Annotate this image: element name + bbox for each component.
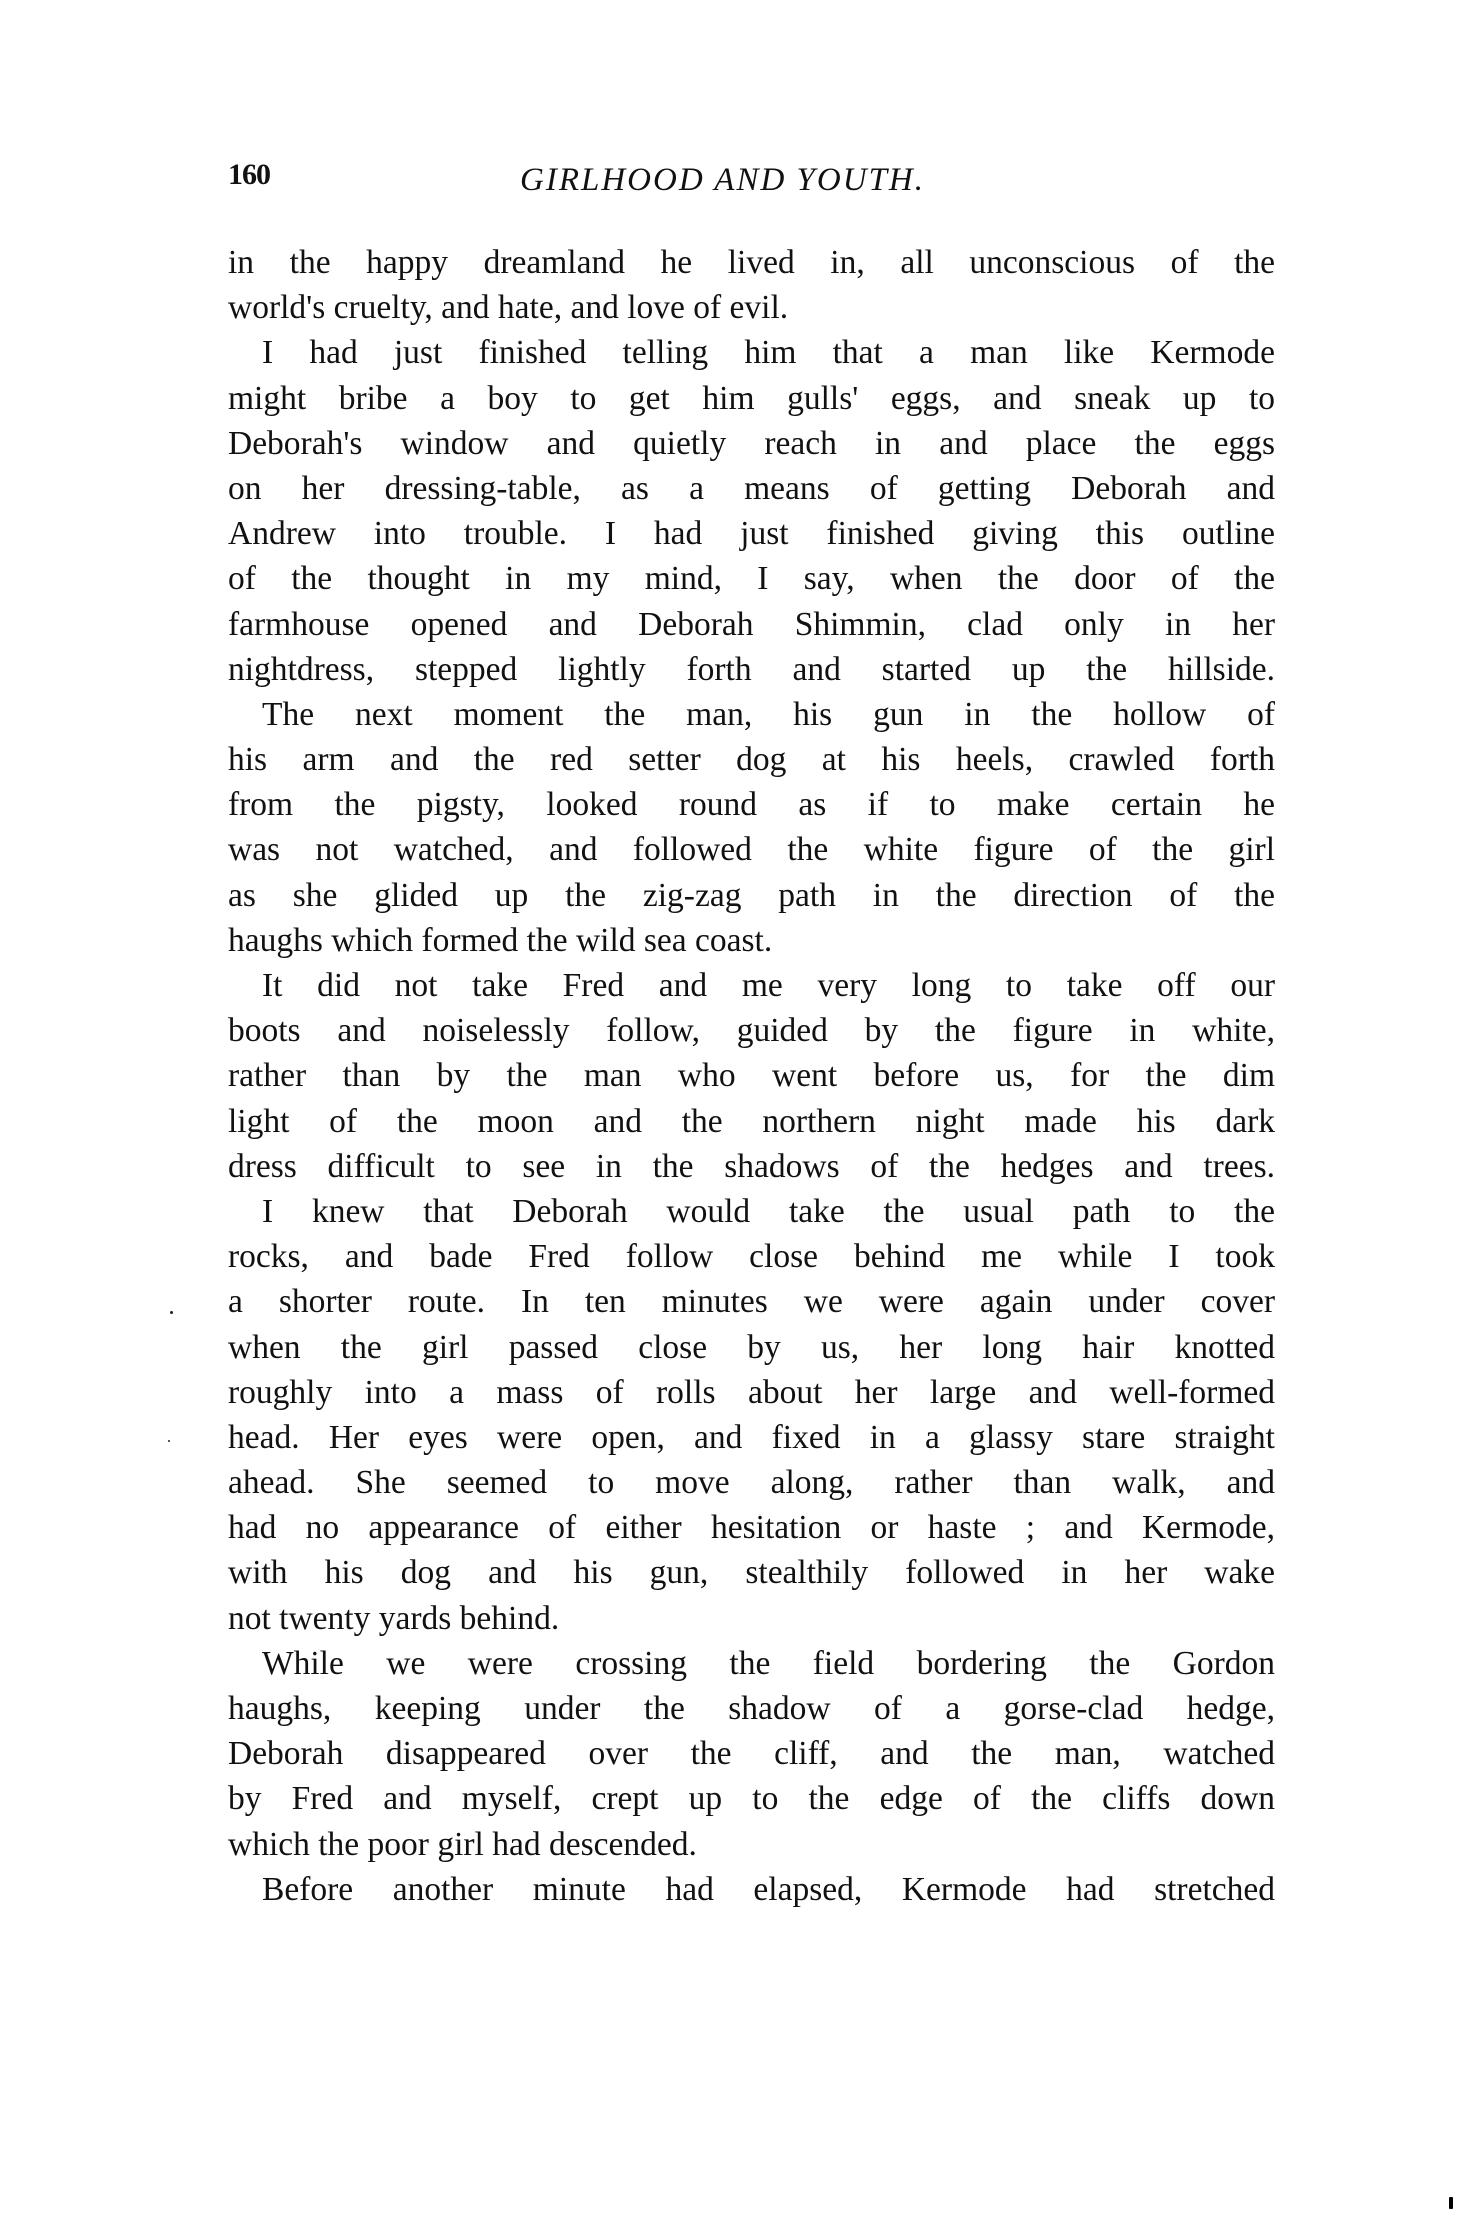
text-line: boots and noiselessly follow, guided by … [228,1008,1275,1053]
text-line: haughs, keeping under the shadow of a go… [228,1686,1275,1731]
text-line: Deborah disappeared over the cliff, and … [228,1731,1275,1776]
text-line: a shorter route. In ten minutes we were … [228,1279,1275,1324]
text-line: had no appearance of either hesitation o… [228,1505,1275,1550]
text-line: Deborah's window and quietly reach in an… [228,421,1275,466]
text-line: I had just finished telling him that a m… [228,330,1275,375]
text-line: nightdress, stepped lightly forth and st… [228,647,1275,692]
text-line: rather than by the man who went before u… [228,1053,1275,1098]
book-page: 160 GIRLHOOD AND YOUTH. in the happy dre… [0,0,1479,2225]
text-line: Before another minute had elapsed, Kermo… [228,1867,1275,1912]
paragraph: The next moment the man, his gun in the … [228,692,1275,963]
text-line: Andrew into trouble. I had just finished… [228,511,1275,556]
scan-speck [1449,2197,1453,2209]
paragraph: Before another minute had elapsed, Kermo… [228,1867,1275,1912]
text-line: as she glided up the zig-zag path in the… [228,873,1275,918]
text-line: in the happy dreamland he lived in, all … [228,240,1275,285]
text-line: light of the moon and the northern night… [228,1099,1275,1144]
text-line: The next moment the man, his gun in the … [228,692,1275,737]
text-line: I knew that Deborah would take the usual… [228,1189,1275,1234]
text-line: with his dog and his gun, stealthily fol… [228,1550,1275,1595]
text-line: While we were crossing the field borderi… [228,1641,1275,1686]
text-line: It did not take Fred and me very long to… [228,963,1275,1008]
text-line: world's cruelty, and hate, and love of e… [228,285,1275,330]
paragraph: I had just finished telling him that a m… [228,330,1275,692]
text-line: ahead. She seemed to move along, rather … [228,1460,1275,1505]
text-line: on her dressing-table, as a means of get… [228,466,1275,511]
running-title: GIRLHOOD AND YOUTH. [520,162,925,198]
text-line: farmhouse opened and Deborah Shimmin, cl… [228,602,1275,647]
text-line: by Fred and myself, crept up to the edge… [228,1776,1275,1821]
text-line: roughly into a mass of rolls about her l… [228,1370,1275,1415]
running-head: 160 GIRLHOOD AND YOUTH. [228,158,1275,208]
text-line: rocks, and bade Fred follow close behind… [228,1234,1275,1279]
text-line: might bribe a boy to get him gulls' eggs… [228,376,1275,421]
paragraph: While we were crossing the field borderi… [228,1641,1275,1867]
page-number: 160 [228,160,270,190]
text-line: head. Her eyes were open, and fixed in a… [228,1415,1275,1460]
text-line: dress difficult to see in the shadows of… [228,1144,1275,1189]
text-line: haughs which formed the wild sea coast. [228,918,1275,963]
paragraph: in the happy dreamland he lived in, all … [228,240,1275,330]
paragraph: I knew that Deborah would take the usual… [228,1189,1275,1641]
text-line: from the pigsty, looked round as if to m… [228,782,1275,827]
body-text: in the happy dreamland he lived in, all … [228,240,1275,1912]
text-line: not twenty yards behind. [228,1596,1275,1641]
text-line: of the thought in my mind, I say, when t… [228,556,1275,601]
text-line: was not watched, and followed the white … [228,827,1275,872]
text-line: when the girl passed close by us, her lo… [228,1325,1275,1370]
paragraph: It did not take Fred and me very long to… [228,963,1275,1189]
text-line: which the poor girl had descended. [228,1822,1275,1867]
scan-speck [170,1311,173,1314]
scan-speck [168,1440,170,1442]
text-line: his arm and the red setter dog at his he… [228,737,1275,782]
